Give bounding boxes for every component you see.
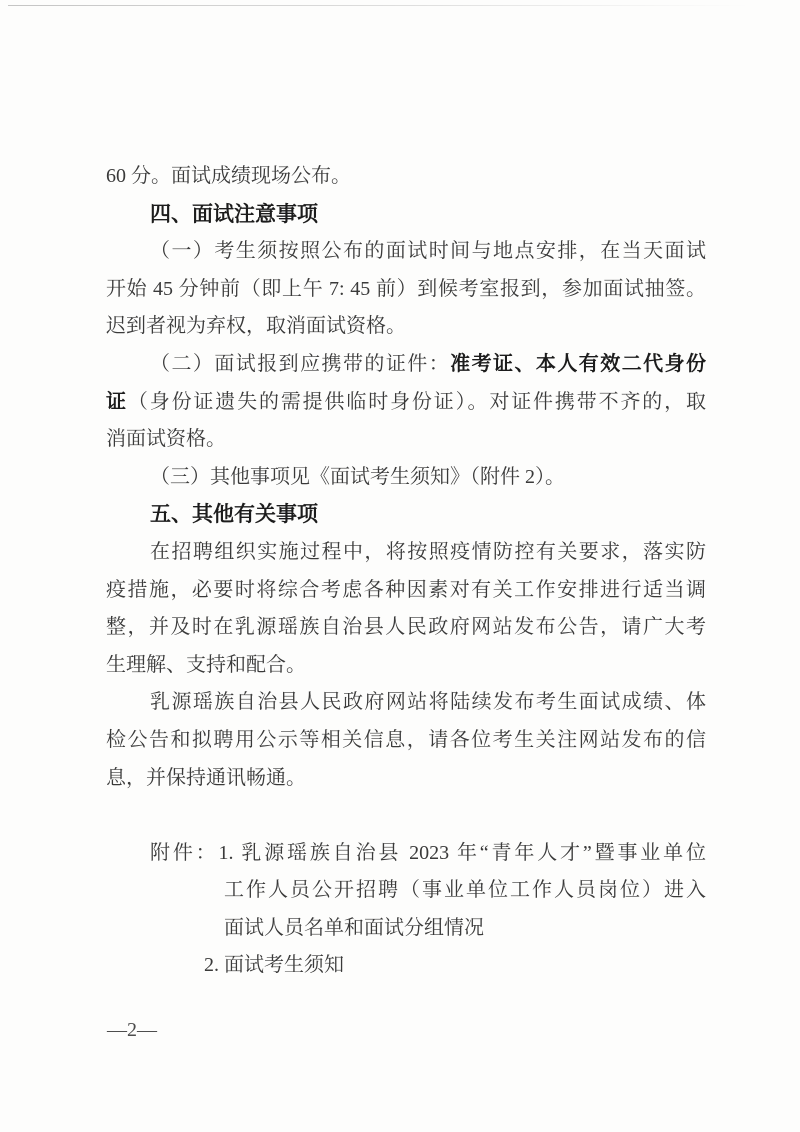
body-line: （三）其他事项见《面试考生须知》（附件 2）。 [106, 459, 706, 497]
body-line: 在招聘组织实施过程中，将按照疫情防控有关要求，落实防 [106, 534, 706, 572]
body-line: 息，并保持通讯畅通。 [106, 760, 706, 798]
text-run: 乳源瑶族自治县人民政府网站将陆续发布考生面试成绩、体 [150, 691, 706, 713]
body-line: 整，并及时在乳源瑶族自治县人民政府网站发布公告，请广大考 [106, 609, 706, 647]
text-run: 证 [106, 391, 128, 413]
body-line: 消面试资格。 [106, 421, 706, 459]
body-line: 迟到者视为弃权，取消面试资格。 [106, 308, 706, 346]
scan-artifact-line [8, 5, 788, 6]
text-run: 2. 面试考生须知 [204, 954, 344, 976]
page-number: —2— [107, 1015, 157, 1045]
text-run: （三）其他事项见《面试考生须知》（附件 2）。 [150, 466, 565, 488]
text-run: （二）面试报到应携带的证件： [150, 353, 450, 375]
body-line: 60 分。面试成绩现场公布。 [106, 158, 706, 196]
body-line: 证（身份证遗失的需提供临时身份证）。对证件携带不齐的，取 [106, 384, 706, 422]
body-line: 生理解、支持和配合。 [106, 647, 706, 685]
document-text-block: 60 分。面试成绩现场公布。四、面试注意事项（一）考生须按照公布的面试时间与地点… [106, 158, 706, 985]
attachment-line-1: 附件：1. 乳源瑶族自治县 2023 年“青年人才”暨事业单位 [106, 835, 706, 873]
text-run: 准考证、本人有效二代身份 [450, 353, 706, 375]
text-run: 五、其他有关事项 [150, 502, 318, 526]
text-run: （身份证遗失的需提供临时身份证）。对证件携带不齐的，取 [128, 391, 706, 413]
text-run: 疫措施，必要时将综合考虑各种因素对有关工作安排进行适当调 [106, 579, 706, 601]
body-line: （二）面试报到应携带的证件：准考证、本人有效二代身份 [106, 346, 706, 384]
text-run: 息，并保持通讯畅通。 [106, 767, 306, 789]
body-line: 检公告和拟聘用公示等相关信息，请各位考生关注网站发布的信 [106, 722, 706, 760]
text-run: 生理解、支持和配合。 [106, 654, 306, 676]
text-run: 四、面试注意事项 [150, 202, 318, 226]
body-line: 开始 45 分钟前（即上午 7: 45 前）到候考室报到，参加面试抽签。 [106, 271, 706, 309]
text-run: 附件：1. 乳源瑶族自治县 2023 年“青年人才”暨事业单位 [150, 842, 706, 864]
text-run: 在招聘组织实施过程中，将按照疫情防控有关要求，落实防 [150, 541, 706, 563]
text-run: 检公告和拟聘用公示等相关信息，请各位考生关注网站发布的信 [106, 729, 706, 751]
text-run: （一）考生须按照公布的面试时间与地点安排，在当天面试 [150, 240, 706, 262]
text-run: 消面试资格。 [106, 428, 226, 450]
body-line: 疫措施，必要时将综合考虑各种因素对有关工作安排进行适当调 [106, 572, 706, 610]
attachment-line-3: 面试人员名单和面试分组情况 [106, 910, 706, 948]
attachment-line-4: 2. 面试考生须知 [106, 947, 706, 985]
attachment-line-2: 工作人员公开招聘（事业单位工作人员岗位）进入 [106, 872, 706, 910]
section-heading-5: 五、其他有关事项 [106, 496, 706, 534]
section-heading-4: 四、面试注意事项 [106, 196, 706, 234]
text-run: 工作人员公开招聘（事业单位工作人员岗位）进入 [224, 879, 706, 901]
text-run: 迟到者视为弃权，取消面试资格。 [106, 315, 406, 337]
text-run: 整，并及时在乳源瑶族自治县人民政府网站发布公告，请广大考 [106, 616, 706, 638]
text-run: 面试人员名单和面试分组情况 [224, 917, 484, 939]
text-run: 开始 45 分钟前（即上午 7: 45 前）到候考室报到，参加面试抽签。 [106, 278, 706, 300]
body-line: 乳源瑶族自治县人民政府网站将陆续发布考生面试成绩、体 [106, 684, 706, 722]
body-line: （一）考生须按照公布的面试时间与地点安排，在当天面试 [106, 233, 706, 271]
text-run: 60 分。面试成绩现场公布。 [106, 165, 351, 187]
document-page: 60 分。面试成绩现场公布。四、面试注意事项（一）考生须按照公布的面试时间与地点… [0, 0, 800, 1132]
